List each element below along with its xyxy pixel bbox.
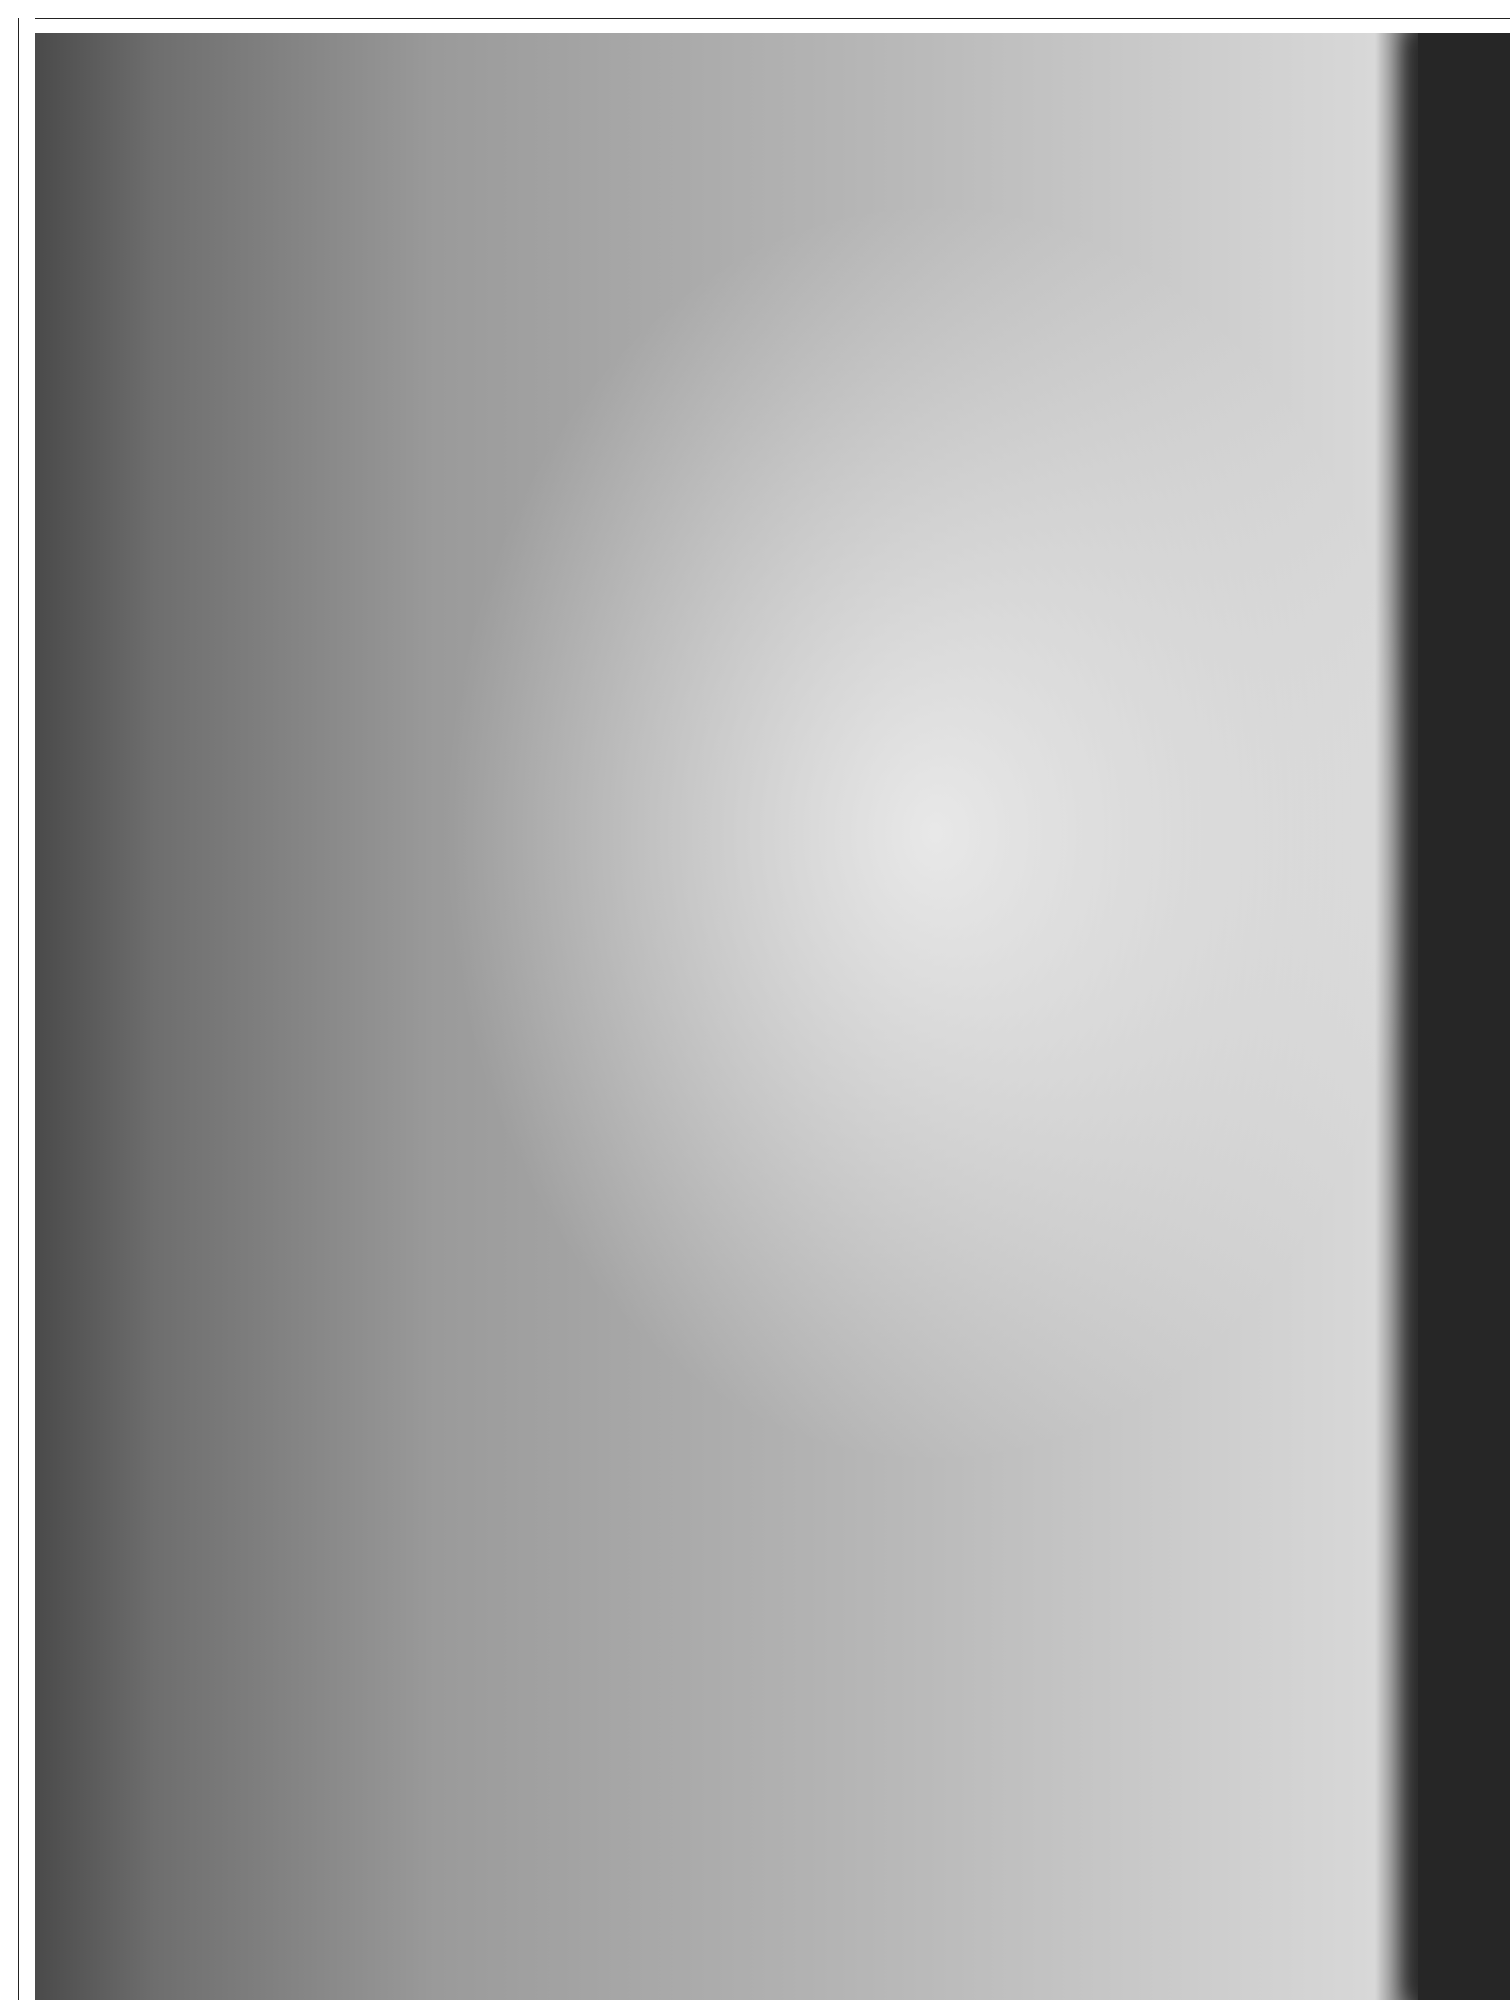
top-ruler [0,0,1510,33]
left-ruler [0,0,35,2000]
scanner-background-strip [1418,33,1510,2000]
ruler-baseline [18,18,19,2000]
manuscript-scan [35,33,1510,2000]
ruler-baseline [18,18,1510,19]
